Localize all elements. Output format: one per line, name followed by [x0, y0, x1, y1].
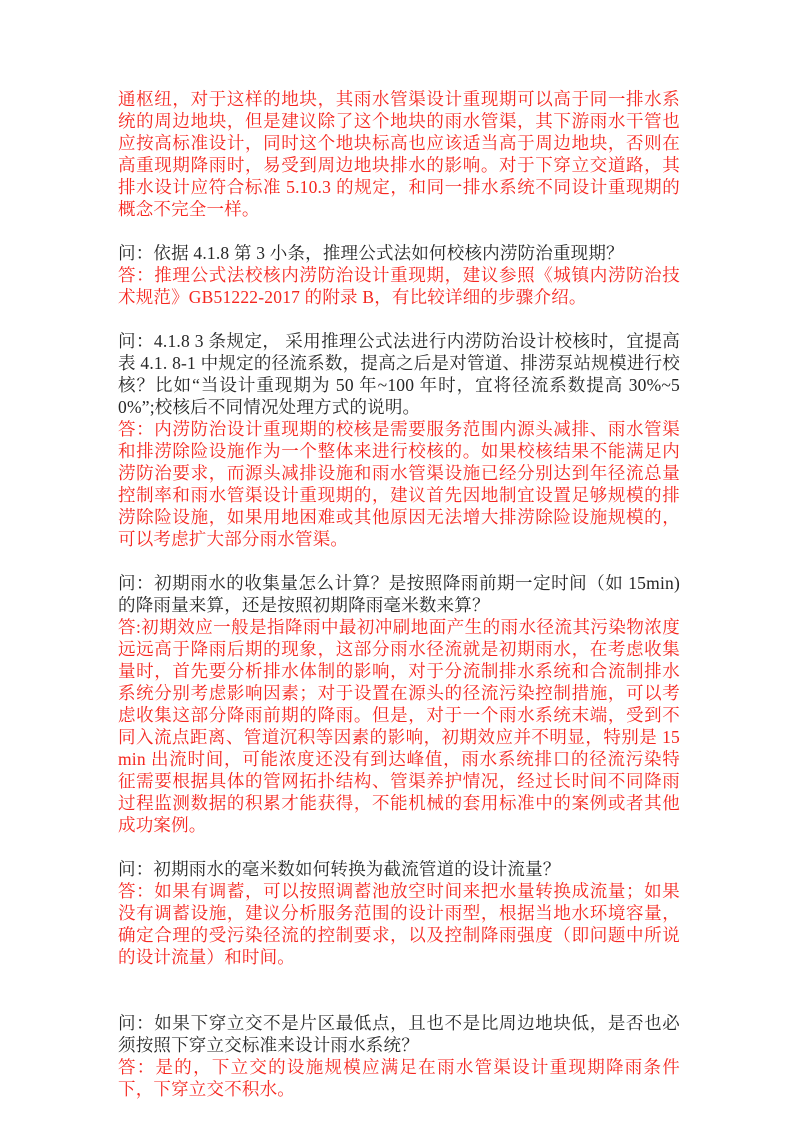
question-text: 问：依据 4.1.8 第 3 小条，推理公式法如何校核内涝防治重现期？: [118, 242, 680, 264]
answer-text: 答:初期效应一般是指降雨中最初冲刷地面产生的雨水径流其污染物浓度远远高于降雨后期…: [118, 616, 680, 836]
question-text: 问：4.1.8 3 条规定， 采用推理公式法进行内涝防治设计校核时，宜提高表 4…: [118, 330, 680, 418]
qa-block-2: 问：4.1.8 3 条规定， 采用推理公式法进行内涝防治设计校核时，宜提高表 4…: [118, 330, 680, 550]
answer-text: 答：推理公式法校核内涝防治设计重现期，建议参照《城镇内涝防治技术规范》GB512…: [118, 264, 680, 308]
document-page: 通枢纽，对于这样的地块，其雨水管渠设计重现期可以高于同一排水系统的周边地块，但是…: [0, 0, 794, 1123]
question-text: 问：初期雨水的毫米数如何转换为截流管道的设计流量？: [118, 858, 680, 880]
qa-block-4: 问：初期雨水的毫米数如何转换为截流管道的设计流量？ 答：如果有调蓄，可以按照调蓄…: [118, 858, 680, 968]
question-text: 问：如果下穿立交不是片区最低点，且也不是比周边地块低，是否也必须按照下穿立交标准…: [118, 1012, 680, 1056]
qa-block-5: 问：如果下穿立交不是片区最低点，且也不是比周边地块低，是否也必须按照下穿立交标准…: [118, 1012, 680, 1100]
continuation-paragraph: 通枢纽，对于这样的地块，其雨水管渠设计重现期可以高于同一排水系统的周边地块，但是…: [118, 88, 680, 220]
answer-text: 答：内涝防治设计重现期的校核是需要服务范围内源头减排、雨水管渠和排涝除险设施作为…: [118, 418, 680, 550]
question-text: 问：初期雨水的收集量怎么计算？是按照降雨前期一定时间（如 15min)的降雨量来…: [118, 572, 680, 616]
qa-block-1: 问：依据 4.1.8 第 3 小条，推理公式法如何校核内涝防治重现期？ 答：推理…: [118, 242, 680, 308]
qa-block-3: 问：初期雨水的收集量怎么计算？是按照降雨前期一定时间（如 15min)的降雨量来…: [118, 572, 680, 836]
answer-text: 答：如果有调蓄，可以按照调蓄池放空时间来把水量转换成流量；如果没有调蓄设施，建议…: [118, 880, 680, 968]
answer-text: 答：是的，下立交的设施规模应满足在雨水管渠设计重现期降雨条件下，下穿立交不积水。: [118, 1056, 680, 1100]
document-text-column: 通枢纽，对于这样的地块，其雨水管渠设计重现期可以高于同一排水系统的周边地块，但是…: [118, 88, 680, 1122]
